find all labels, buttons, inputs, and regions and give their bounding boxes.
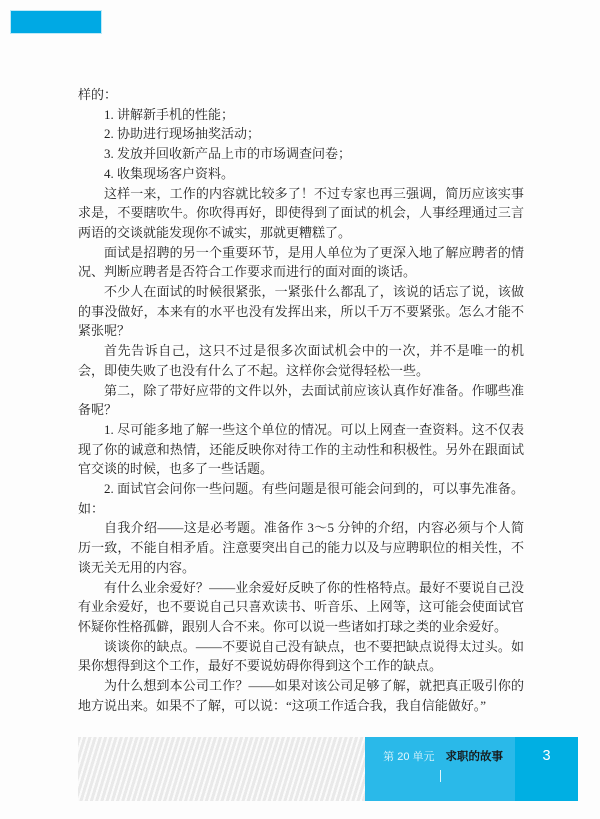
unit-number-label: 第 20 单元: [383, 751, 434, 764]
paragraph: 这样一来，工作的内容就比较多了！不过专家也再三强调，简历应该实事求是，不要瞎吹牛…: [78, 184, 524, 243]
paragraph: 2. 面试官会问你一些问题。有些问题是很可能会问到的，可以事先准备。如：: [78, 479, 524, 518]
list-item: 3. 发放并回收新产品上市的市场调查问卷；: [78, 144, 524, 164]
list-item: 4. 收集现场客户资料。: [78, 164, 524, 184]
paragraph: 第二，除了带好应带的文件以外，去面试前应该认真作好准备。作哪些准备呢？: [78, 381, 524, 420]
page-number-badge: 3: [515, 737, 578, 801]
carryover-line: 样的：: [78, 85, 524, 105]
list-item: 1. 讲解新手机的性能；: [78, 105, 524, 125]
paragraph: 1. 尽可能多地了解一些这个单位的情况。可以上网查一查资料。这不仅表现了你的诚意…: [78, 420, 524, 479]
page-footer: 第 20 单元 求职的故事 3: [78, 737, 578, 801]
paragraph: 为什么想到本公司工作？——如果对该公司足够了解，就把真正吸引你的地方说出来。如果…: [78, 676, 524, 715]
page-number: 3: [542, 748, 550, 764]
header-accent-bar: [11, 11, 101, 33]
stripes-pattern: [78, 737, 365, 801]
textbook-page: 样的： 1. 讲解新手机的性能； 2. 协助进行现场抽奖活动； 3. 发放并回收…: [0, 0, 600, 819]
paragraph: 面试是招聘的另一个重要环节，是用人单位为了更深入地了解应聘者的情况、判断应聘者是…: [78, 243, 524, 282]
list-item: 2. 协助进行现场抽奖活动；: [78, 124, 524, 144]
unit-title-divider: [440, 770, 441, 782]
paragraph: 谈谈你的缺点。——不要说自己没有缺点，也不要把缺点说得太过头。如果你想得到这个工…: [78, 637, 524, 676]
paragraph: 不少人在面试的时候很紧张，一紧张什么都乱了，该说的话忘了说，该做的事没做好，本来…: [78, 282, 524, 341]
paragraph: 有什么业余爱好？——业余爱好反映了你的性格特点。最好不要说自己没有业余爱好，也不…: [78, 578, 524, 637]
unit-title: 求职的故事: [446, 751, 504, 764]
body-text-column: 样的： 1. 讲解新手机的性能； 2. 协助进行现场抽奖活动； 3. 发放并回收…: [78, 85, 524, 716]
paragraph: 首先告诉自己，这只不过是很多次面试机会中的一次，并不是唯一的机会，即使失败了也没…: [78, 341, 524, 380]
paragraph: 自我介绍——这是必考题。准备作 3～5 分钟的介绍，内容必须与个人简历一致，不能…: [78, 518, 524, 577]
unit-title-block: 第 20 单元 求职的故事: [365, 737, 515, 801]
